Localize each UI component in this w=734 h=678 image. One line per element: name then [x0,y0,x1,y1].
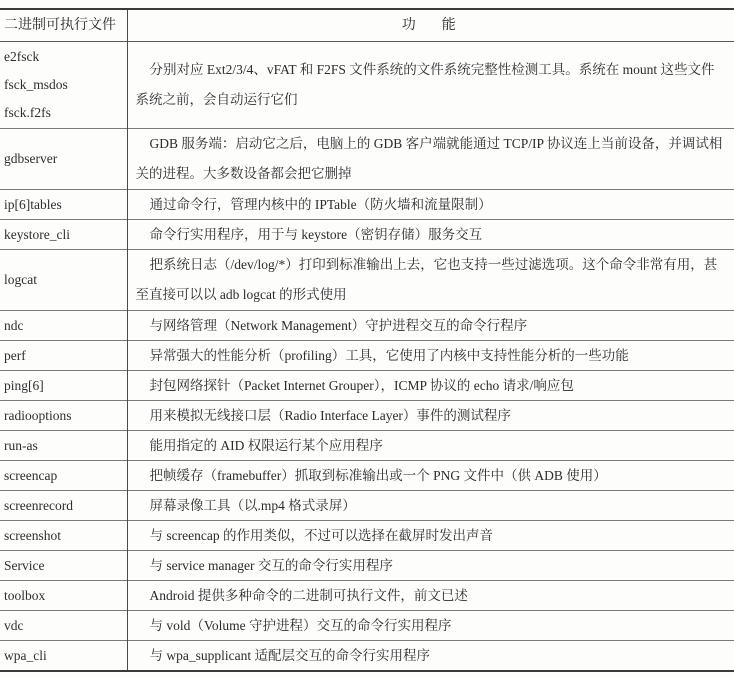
binary-name: toolbox [0,581,127,611]
document-page: 二进制可执行文件 功能 e2fsck fsck_msdos fsck.f2fs … [0,0,734,678]
function-description: 与 service manager 交互的命令行实用程序 [127,551,734,581]
binary-name: ip[6]tables [0,190,127,220]
header-function: 功能 [127,9,734,42]
binary-name: gdbserver [0,129,127,190]
binary-name: fsck.f2fs [4,99,123,127]
function-description: 用来模拟无线接口层（Radio Interface Layer）事件的测试程序 [127,401,734,431]
table-row: screenrecord 屏幕录像工具（以.mp4 格式录屏） [0,491,734,521]
binary-commands-table: 二进制可执行文件 功能 e2fsck fsck_msdos fsck.f2fs … [0,8,734,672]
function-description: 分别对应 Ext2/3/4、vFAT 和 F2FS 文件系统的文件系统完整性检测… [127,42,734,129]
table-row: vdc 与 vold（Volume 守护进程）交互的命令行实用程序 [0,611,734,641]
binary-name: logcat [0,250,127,311]
binary-name: radiooptions [0,401,127,431]
table-row: radiooptions 用来模拟无线接口层（Radio Interface L… [0,401,734,431]
table-header-row: 二进制可执行文件 功能 [0,9,734,42]
function-description: 与网络管理（Network Management）守护进程交互的命令行程序 [127,311,734,341]
table-row: e2fsck fsck_msdos fsck.f2fs 分别对应 Ext2/3/… [0,42,734,129]
function-description: 通过命令行，管理内核中的 IPTable（防火墙和流量限制） [127,190,734,220]
function-description: 异常强大的性能分析（profiling）工具，它使用了内核中支持性能分析的一些功… [127,341,734,371]
binary-name: fsck_msdos [4,71,123,99]
binary-name: vdc [0,611,127,641]
function-description: Android 提供多种命令的二进制可执行文件，前文已述 [127,581,734,611]
function-description: GDB 服务端：启动它之后，电脑上的 GDB 客户端就能通过 TCP/IP 协议… [127,129,734,190]
table-row: run-as 能用指定的 AID 权限运行某个应用程序 [0,431,734,461]
table-row: toolbox Android 提供多种命令的二进制可执行文件，前文已述 [0,581,734,611]
binary-name: Service [0,551,127,581]
binary-name: keystore_cli [0,220,127,250]
binary-name: perf [0,341,127,371]
binary-name: screenrecord [0,491,127,521]
function-description: 封包网络探针（Packet Internet Grouper），ICMP 协议的… [127,371,734,401]
table-row: keystore_cli 命令行实用程序，用于与 keystore（密钥存储）服… [0,220,734,250]
function-description: 与 screencap 的作用类似，不过可以选择在截屏时发出声音 [127,521,734,551]
table-row: screencap 把帧缓存（framebuffer）抓取到标准输出或一个 PN… [0,461,734,491]
table-row: screenshot 与 screencap 的作用类似，不过可以选择在截屏时发… [0,521,734,551]
function-description: 命令行实用程序，用于与 keystore（密钥存储）服务交互 [127,220,734,250]
table-row: ndc 与网络管理（Network Management）守护进程交互的命令行程… [0,311,734,341]
function-description: 与 wpa_supplicant 适配层交互的命令行实用程序 [127,641,734,672]
table-row: wpa_cli 与 wpa_supplicant 适配层交互的命令行实用程序 [0,641,734,672]
function-description: 把系统日志（/dev/log/*）打印到标准输出上去，它也支持一些过滤选项。这个… [127,250,734,311]
binary-name: e2fsck [4,43,123,71]
binary-name: ndc [0,311,127,341]
function-description: 把帧缓存（framebuffer）抓取到标准输出或一个 PNG 文件中（供 AD… [127,461,734,491]
function-description: 屏幕录像工具（以.mp4 格式录屏） [127,491,734,521]
function-description: 能用指定的 AID 权限运行某个应用程序 [127,431,734,461]
table-row: gdbserver GDB 服务端：启动它之后，电脑上的 GDB 客户端就能通过… [0,129,734,190]
table-row: ip[6]tables 通过命令行，管理内核中的 IPTable（防火墙和流量限… [0,190,734,220]
table-row: Service 与 service manager 交互的命令行实用程序 [0,551,734,581]
binary-name: ping[6] [0,371,127,401]
binary-name: run-as [0,431,127,461]
binary-name: wpa_cli [0,641,127,672]
binary-name: screenshot [0,521,127,551]
binary-name: screencap [0,461,127,491]
binary-name-cell: e2fsck fsck_msdos fsck.f2fs [0,42,127,129]
table-row: perf 异常强大的性能分析（profiling）工具，它使用了内核中支持性能分… [0,341,734,371]
header-binary: 二进制可执行文件 [0,9,127,42]
table-row: logcat 把系统日志（/dev/log/*）打印到标准输出上去，它也支持一些… [0,250,734,311]
function-description: 与 vold（Volume 守护进程）交互的命令行实用程序 [127,611,734,641]
table-row: ping[6] 封包网络探针（Packet Internet Grouper），… [0,371,734,401]
